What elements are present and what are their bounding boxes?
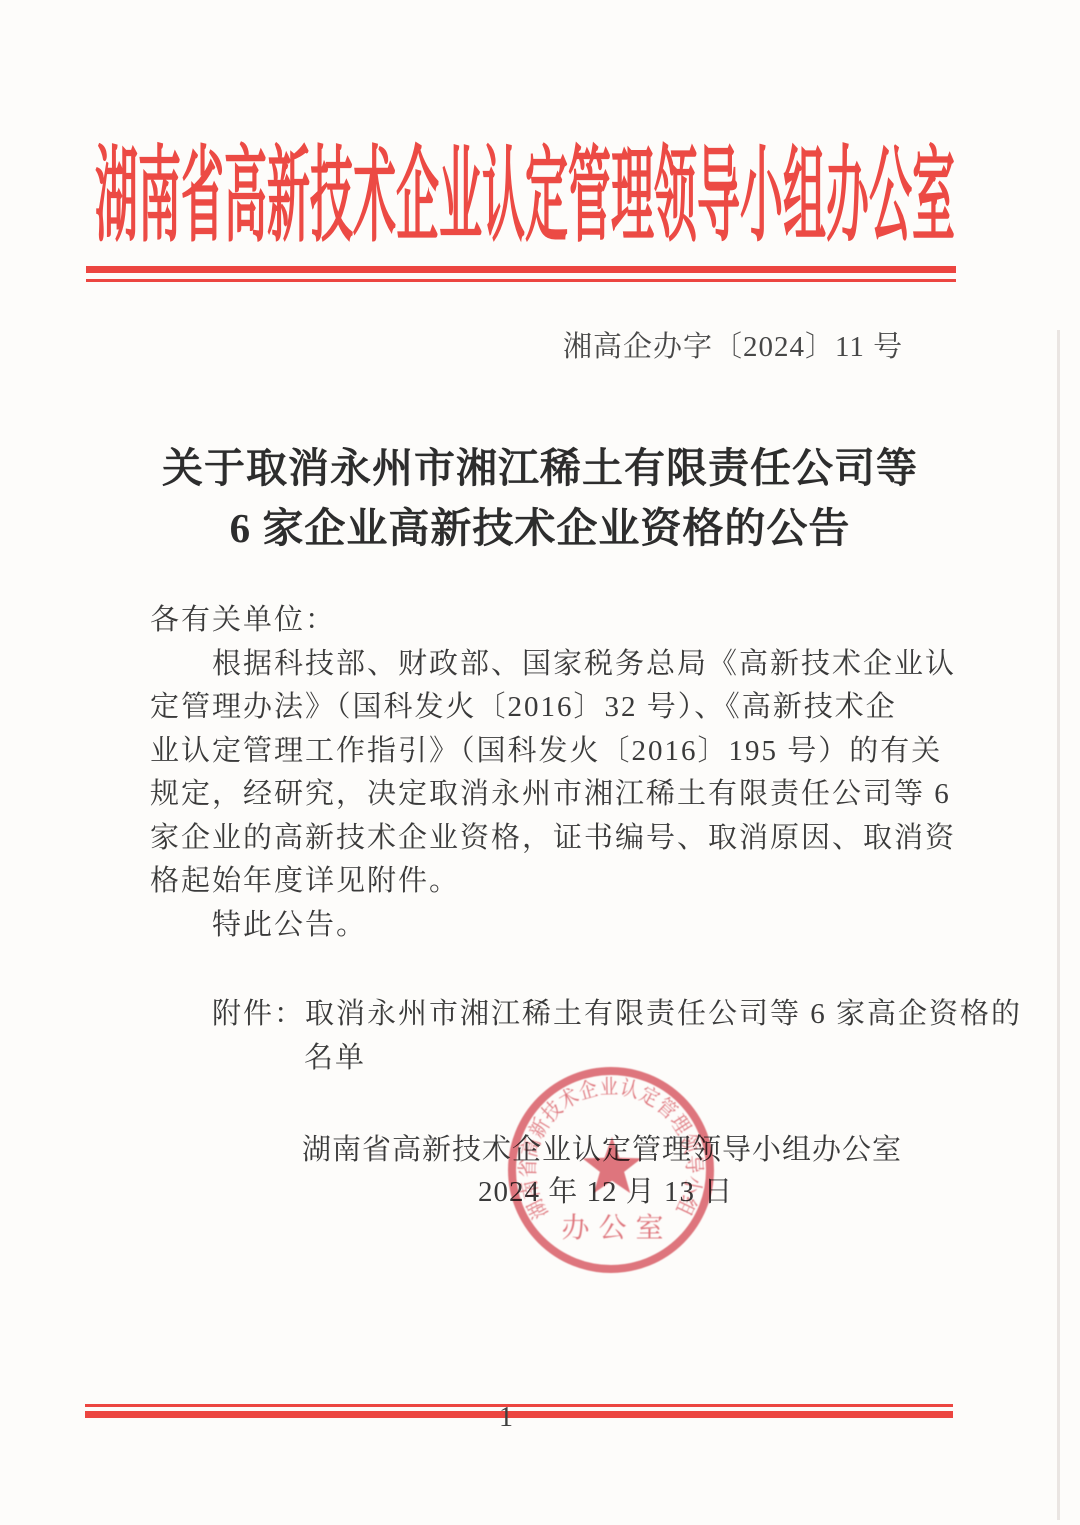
document-body: 各有关单位： 根据科技部、财政部、国家税务总局《高新技术企业认 定管理办法》（国…	[150, 599, 950, 947]
body-line: 规定，经研究，决定取消永州市湘江稀土有限责任公司等 6	[150, 773, 950, 817]
masthead-title: 湖南省高新技术企业认定管理领导小组办公室	[92, 147, 958, 253]
document-title: 关于取消永州市湘江稀土有限责任公司等 6 家企业高新技术企业资格的公告	[0, 438, 1080, 558]
closing-line: 特此公告。	[150, 904, 950, 948]
issue-date: 2024 年 12 月 13 日	[478, 1175, 733, 1209]
salutation: 各有关单位：	[150, 599, 950, 643]
seal-bottom-text: 办公室	[561, 1212, 672, 1244]
footer-rule-thick	[85, 1411, 953, 1418]
title-line-2: 6 家企业高新技术企业资格的公告	[0, 498, 1080, 558]
issuer-signature: 湖南省高新技术企业认定管理领导小组办公室	[302, 1132, 902, 1168]
seal-ring	[512, 1071, 710, 1269]
page-number: 1	[496, 1402, 516, 1434]
paper-edge-shadow	[1057, 330, 1060, 1520]
body-line: 业认定管理工作指引》（国科发火〔2016〕195 号）的有关	[150, 730, 950, 774]
document-page: 湖南省高新技术企业认定管理领导小组办公室 湘高企办字〔2024〕11 号 关于取…	[0, 0, 1080, 1525]
body-line: 定管理办法》（国科发火〔2016〕32 号）、《高新技术企	[150, 686, 950, 730]
attachment-line-2: 名单	[212, 1036, 1022, 1080]
attachment-line-1: 附件：取消永州市湘江稀土有限责任公司等 6 家高企资格的	[212, 992, 1022, 1036]
body-line: 格起始年度详见附件。	[150, 860, 950, 904]
masthead-rule-thin	[86, 279, 956, 282]
body-line: 根据科技部、财政部、国家税务总局《高新技术企业认	[150, 643, 950, 687]
doc-number: 湘高企办字〔2024〕11 号	[563, 330, 903, 364]
title-line-1: 关于取消永州市湘江稀土有限责任公司等	[0, 438, 1080, 498]
masthead-rule-thick	[86, 266, 956, 273]
footer-rule-thin	[85, 1404, 953, 1407]
body-line: 家企业的高新技术企业资格，证书编号、取消原因、取消资	[150, 817, 950, 861]
attachment-note: 附件：取消永州市湘江稀土有限责任公司等 6 家高企资格的 名单	[212, 992, 1022, 1080]
